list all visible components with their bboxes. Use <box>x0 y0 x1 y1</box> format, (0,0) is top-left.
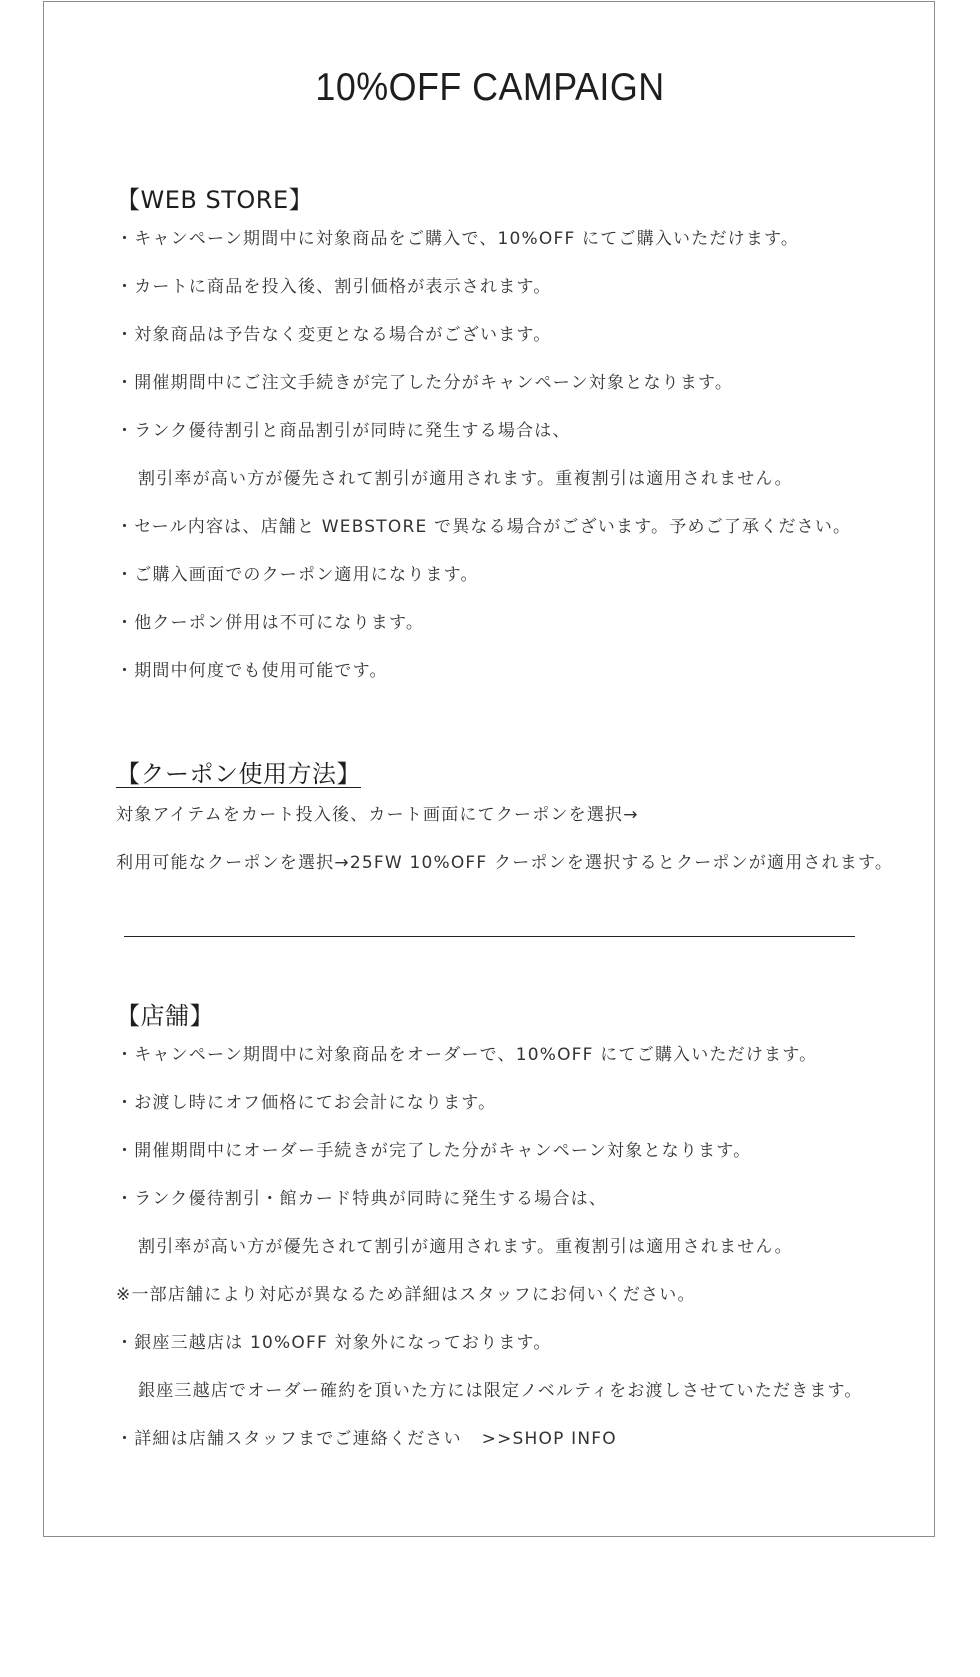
web-store-heading: 【WEB STORE】 <box>116 180 313 215</box>
store-line: ・開催期間中にオーダー手続きが完了した分がキャンペーン対象となります。 <box>116 1139 751 1163</box>
web-store-line: ・他クーポン併用は不可になります。 <box>116 611 424 635</box>
web-store-line: ・対象商品は予告なく変更となる場合がございます。 <box>116 323 551 347</box>
store-contact-line: ・詳細は店舗スタッフまでご連絡ください >>SHOP INFO <box>116 1427 617 1451</box>
shop-info-link[interactable]: >>SHOP INFO <box>482 1429 617 1449</box>
store-line: ・お渡し時にオフ価格にてお会計になります。 <box>116 1091 496 1115</box>
store-contact-text: ・詳細は店舗スタッフまでご連絡ください <box>116 1429 462 1449</box>
store-line-continued: 銀座三越店でオーダー確約を頂いた方には限定ノベルティをお渡しさせていただきます。 <box>138 1379 863 1403</box>
web-store-line-continued: 割引率が高い方が優先されて割引が適用されます。重複割引は適用されません。 <box>138 467 793 491</box>
web-store-line: ・ご購入画面でのクーポン適用になります。 <box>116 563 479 587</box>
coupon-usage-line: 利用可能なクーポンを選択→25FW 10%OFF クーポンを選択するとクーポンが… <box>116 851 893 875</box>
coupon-usage-heading: 【クーポン使用方法】 <box>116 754 361 789</box>
web-store-line: ・期間中何度でも使用可能です。 <box>116 659 388 683</box>
coupon-usage-line: 対象アイテムをカート投入後、カート画面にてクーポンを選択→ <box>116 803 639 827</box>
web-store-line: ・ランク優待割引と商品割引が同時に発生する場合は、 <box>116 419 571 443</box>
web-store-line: ・カートに商品を投入後、割引価格が表示されます。 <box>116 275 551 299</box>
store-line: ・ランク優待割引・館カード特典が同時に発生する場合は、 <box>116 1187 607 1211</box>
web-store-line: ・セール内容は、店舗と WEBSTORE で異なる場合がございます。予めご了承く… <box>116 515 851 539</box>
store-heading: 【店舗】 <box>116 996 214 1031</box>
store-line-continued: 割引率が高い方が優先されて割引が適用されます。重複割引は適用されません。 <box>138 1235 793 1259</box>
page-title: 10%OFF CAMPAIGN <box>39 66 941 110</box>
section-divider <box>124 936 855 937</box>
web-store-line: ・開催期間中にご注文手続きが完了した分がキャンペーン対象となります。 <box>116 371 733 395</box>
store-note: ※一部店舗により対応が異なるため詳細はスタッフにお伺いください。 <box>116 1283 696 1307</box>
web-store-line: ・キャンペーン期間中に対象商品をご購入で、10%OFF にてご購入いただけます。 <box>116 227 799 251</box>
store-line: ・銀座三越店は 10%OFF 対象外になっております。 <box>116 1331 552 1355</box>
store-line: ・キャンペーン期間中に対象商品をオーダーで、10%OFF にてご購入いただけます… <box>116 1043 817 1067</box>
